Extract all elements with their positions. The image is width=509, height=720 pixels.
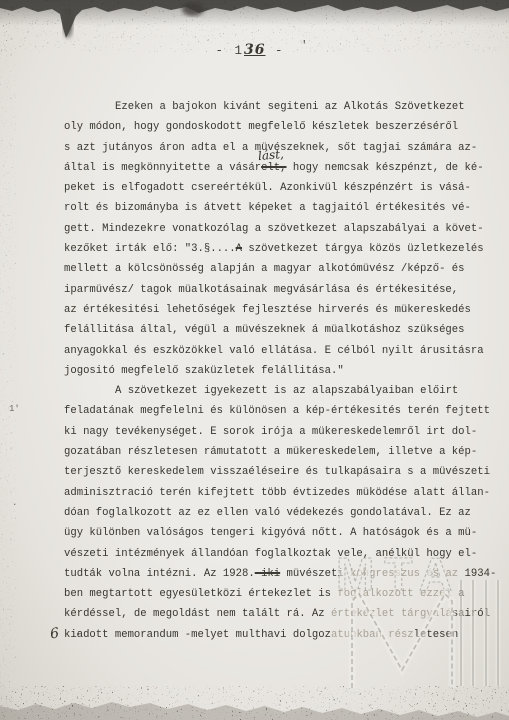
text-line: által is megkönnyitette a vásárelt,lást,… bbox=[64, 158, 504, 178]
typed-text: sairól bbox=[452, 608, 490, 620]
text-line: Ezeken a bajokon kivánt segiteni az Alko… bbox=[64, 97, 504, 117]
typed-text: ügy különben valóságos tengeri kigyóvá n… bbox=[64, 527, 477, 539]
text-line: kezőket irták elő: "3.§....A szövetkezet… bbox=[64, 239, 504, 259]
text-line: adminisztració terén kifejtett több évti… bbox=[64, 483, 504, 503]
typed-text: müvészeti bbox=[280, 568, 350, 580]
typed-text: kezőket irták elő: "3.§.... bbox=[64, 243, 236, 255]
typed-text: terjesztő kereskedelem visszaéléseire és… bbox=[64, 466, 490, 478]
text-line: gett. Mindezekre vonatkozólag a szövetke… bbox=[64, 219, 504, 239]
text-line: jogositó megfelelő szaküzletek felállitá… bbox=[64, 361, 504, 381]
typed-text: szövetkezet tárgya közös üzletkezelés bbox=[242, 243, 484, 255]
text-line: A szövetkezet igyekezett is az alapszabá… bbox=[64, 381, 504, 401]
typed-text: gett. Mindezekre vonatkozólag a szövetke… bbox=[64, 223, 484, 235]
text-line: ügy különben valóságos tengeri kigyóvá n… bbox=[64, 523, 504, 543]
typed-text: ben megtartott egyesületközi értekezlet … bbox=[64, 588, 337, 600]
typed-text: dóan foglalkozott az ez ellen való védek… bbox=[64, 507, 471, 519]
text-line: mellett a kölcsönösség alapján a magyar … bbox=[64, 259, 504, 279]
typed-text: tudták volna intézni. Az 1928. bbox=[64, 568, 255, 580]
margin-speck-dot: . bbox=[12, 498, 17, 508]
typed-text: felállitása által, végül a müvészeknek á… bbox=[64, 324, 465, 336]
typed-text: a bbox=[452, 588, 465, 600]
text-line: anyagokkal és eszközökkel való ellátása.… bbox=[64, 341, 504, 361]
typed-text: ki nagy tevékenységet. E sorok irója a m… bbox=[64, 426, 477, 438]
typed-text: oly módon, hogy gondoskodott megfelelő k… bbox=[64, 121, 458, 133]
typed-text: peket is elfogadott csereértékül. Azonki… bbox=[64, 182, 471, 194]
typed-text: hogy nemcsak készpénzt, de ké- bbox=[287, 162, 484, 174]
typed-text: anyagokkal és eszközökkel való ellátása.… bbox=[64, 345, 484, 357]
page-number-handwritten: 36 bbox=[244, 42, 265, 58]
typed-text: letesen bbox=[414, 629, 459, 641]
text-line: iparmüvész/ tagok müalkotásainak megvásá… bbox=[64, 280, 504, 300]
struck-text: -iki bbox=[255, 568, 280, 580]
text-line: az értékesitési lehetőségek fejlesztése … bbox=[64, 300, 504, 320]
faded-text: kongresszus és az bbox=[350, 568, 458, 580]
typed-text: kiadott memorandum -melyet multhavi dolg… bbox=[64, 629, 331, 641]
typed-text: A szövetkezet igyekezett is az alapszabá… bbox=[115, 385, 458, 397]
text-line: peket is elfogadott csereértékül. Azonki… bbox=[64, 178, 504, 198]
typed-text: által is megkönnyitette a vásár bbox=[64, 162, 261, 174]
bottom-edge-artifact bbox=[0, 648, 509, 720]
page-number: - 136 - bbox=[185, 42, 315, 58]
text-line: rolt és bizományba is átvett képeket a t… bbox=[64, 198, 504, 218]
text-line: kiadott memorandum -melyet multhavi dolg… bbox=[64, 625, 504, 645]
faded-text: foglalkozott ezzel bbox=[337, 588, 451, 600]
text-line: dóan foglalkozott az ez ellen való védek… bbox=[64, 503, 504, 523]
typed-text: rolt és bizományba is átvett képeket a t… bbox=[64, 202, 471, 214]
faded-text: értekezlet tárgyalá bbox=[331, 608, 452, 620]
text-line: s azt jutányos áron adta el a müvészekne… bbox=[64, 138, 504, 158]
typed-text: iparmüvész/ tagok müalkotásainak megvásá… bbox=[64, 284, 458, 296]
typed-text: mellett a kölcsönösség alapján a magyar … bbox=[64, 263, 465, 275]
page-number-typed-prefix: - 1 bbox=[215, 44, 244, 58]
text-line: oly módon, hogy gondoskodott megfelelő k… bbox=[64, 117, 504, 137]
handwritten-correction: lást, bbox=[257, 144, 284, 166]
text-line: gozatában részletesen rámutatott a müker… bbox=[64, 442, 504, 462]
document-text: Ezeken a bajokon kivánt segiteni az Alko… bbox=[64, 97, 504, 645]
text-line: felállitása által, végül a müvészeknek á… bbox=[64, 320, 504, 340]
text-line: tudták volna intézni. Az 1928.-iki müvés… bbox=[64, 564, 504, 584]
text-line: kérdéssel, de megoldást nem talált rá. A… bbox=[64, 604, 504, 624]
typed-text: adminisztració terén kifejtett több évti… bbox=[64, 487, 490, 499]
scanned-page: - 136 - ' Ezeken a bajokon kivánt segite… bbox=[0, 0, 509, 720]
page-number-typed-suffix: - bbox=[265, 44, 284, 58]
stray-pen-mark: ' bbox=[301, 40, 308, 52]
typed-text: gozatában részletesen rámutatott a müker… bbox=[64, 446, 477, 458]
typed-text: feladatának megfelelni és különösen a ké… bbox=[64, 405, 490, 417]
text-line: ben megtartott egyesületközi értekezlet … bbox=[64, 584, 504, 604]
text-line: feladatának megfelelni és különösen a ké… bbox=[64, 401, 504, 421]
text-line: terjesztő kereskedelem visszaéléseire és… bbox=[64, 462, 504, 482]
struck-text: elt,lást, bbox=[261, 162, 286, 174]
typed-text: Ezeken a bajokon kivánt segiteni az Alko… bbox=[115, 101, 465, 113]
typed-text: az értékesitési lehetőségek fejlesztése … bbox=[64, 304, 471, 316]
faded-text: atunkban rész bbox=[331, 629, 414, 641]
typed-text: kérdéssel, de megoldást nem talált rá. A… bbox=[64, 608, 331, 620]
text-line: vészeti intézmények állandóan foglalkozt… bbox=[64, 544, 504, 564]
typed-text: 1934- bbox=[458, 568, 496, 580]
typed-text: vészeti intézmények állandóan foglalkozt… bbox=[64, 548, 477, 560]
margin-speck-mark: 1' bbox=[9, 404, 20, 414]
typed-text: jogositó megfelelő szaküzletek felállitá… bbox=[64, 365, 344, 377]
text-line: ki nagy tevékenységet. E sorok irója a m… bbox=[64, 422, 504, 442]
